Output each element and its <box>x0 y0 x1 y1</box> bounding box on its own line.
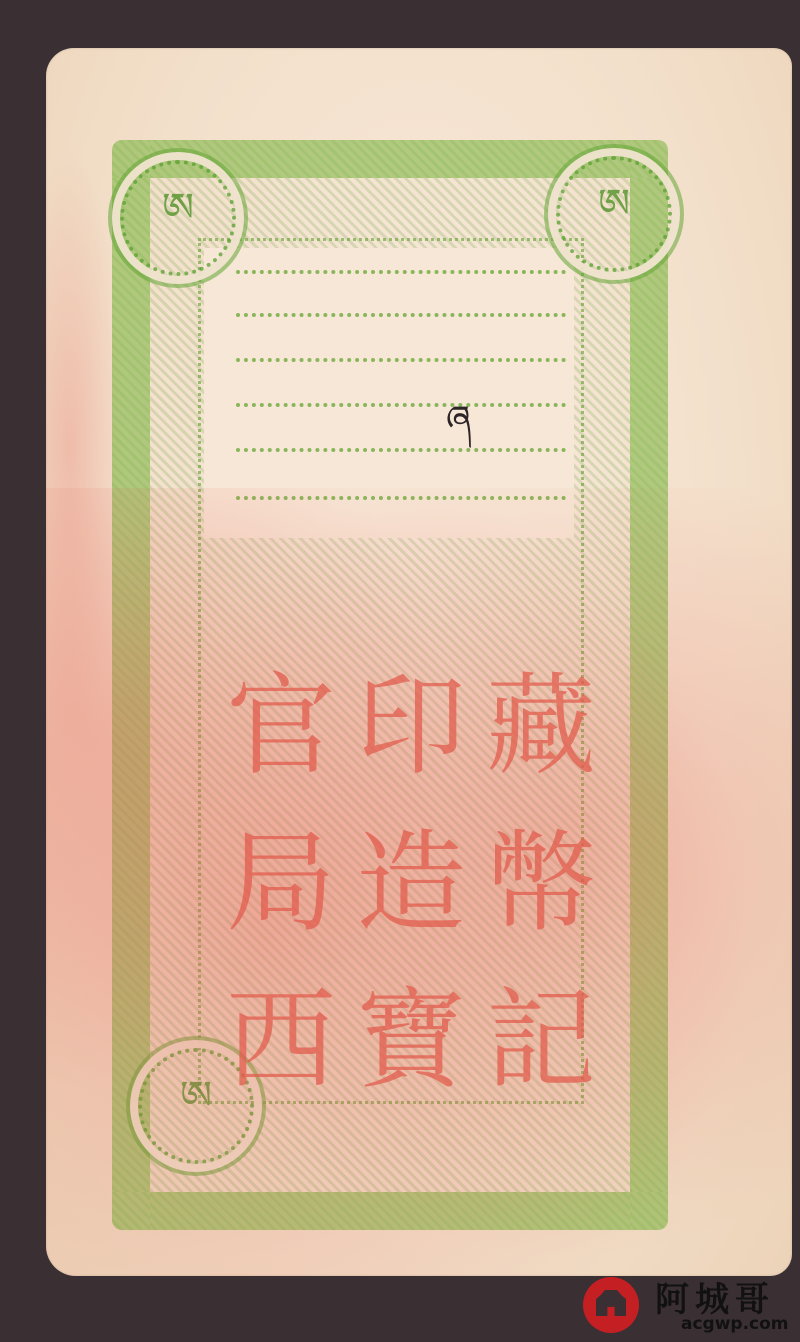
script-line <box>236 260 566 274</box>
script-line <box>236 393 566 407</box>
seal-char: 寶 <box>346 961 476 1118</box>
seal-char: 幣 <box>476 805 606 962</box>
watermark: 阿城哥 acgwp.com <box>583 1270 793 1336</box>
seal-char: 記 <box>476 961 606 1118</box>
seal-char: 造 <box>346 805 476 962</box>
corner-medallion-top-left: ཨ <box>120 160 236 276</box>
corner-medallion-top-right: ཨ <box>556 156 672 272</box>
seal-char: 藏 <box>476 648 606 805</box>
seal-char: 西 <box>216 961 346 1118</box>
banknote: ཨ ཨ ཨ ཞ 官 印 藏 局 造 幣 西 寶 記 <box>46 48 792 1276</box>
seal-char: 局 <box>216 805 346 962</box>
script-line <box>236 438 566 452</box>
seal-char: 官 <box>216 648 346 805</box>
corner-glyph: ཨ <box>124 164 232 272</box>
red-seal-stamp: 官 印 藏 局 造 幣 西 寶 記 <box>216 648 606 1118</box>
corner-glyph: ཨ <box>560 160 668 268</box>
script-line <box>236 303 566 317</box>
seal-char: 印 <box>346 648 476 805</box>
script-line <box>236 348 566 362</box>
watermark-url: acgwp.com <box>681 1314 789 1334</box>
black-ink-mark: ཞ <box>446 378 471 480</box>
